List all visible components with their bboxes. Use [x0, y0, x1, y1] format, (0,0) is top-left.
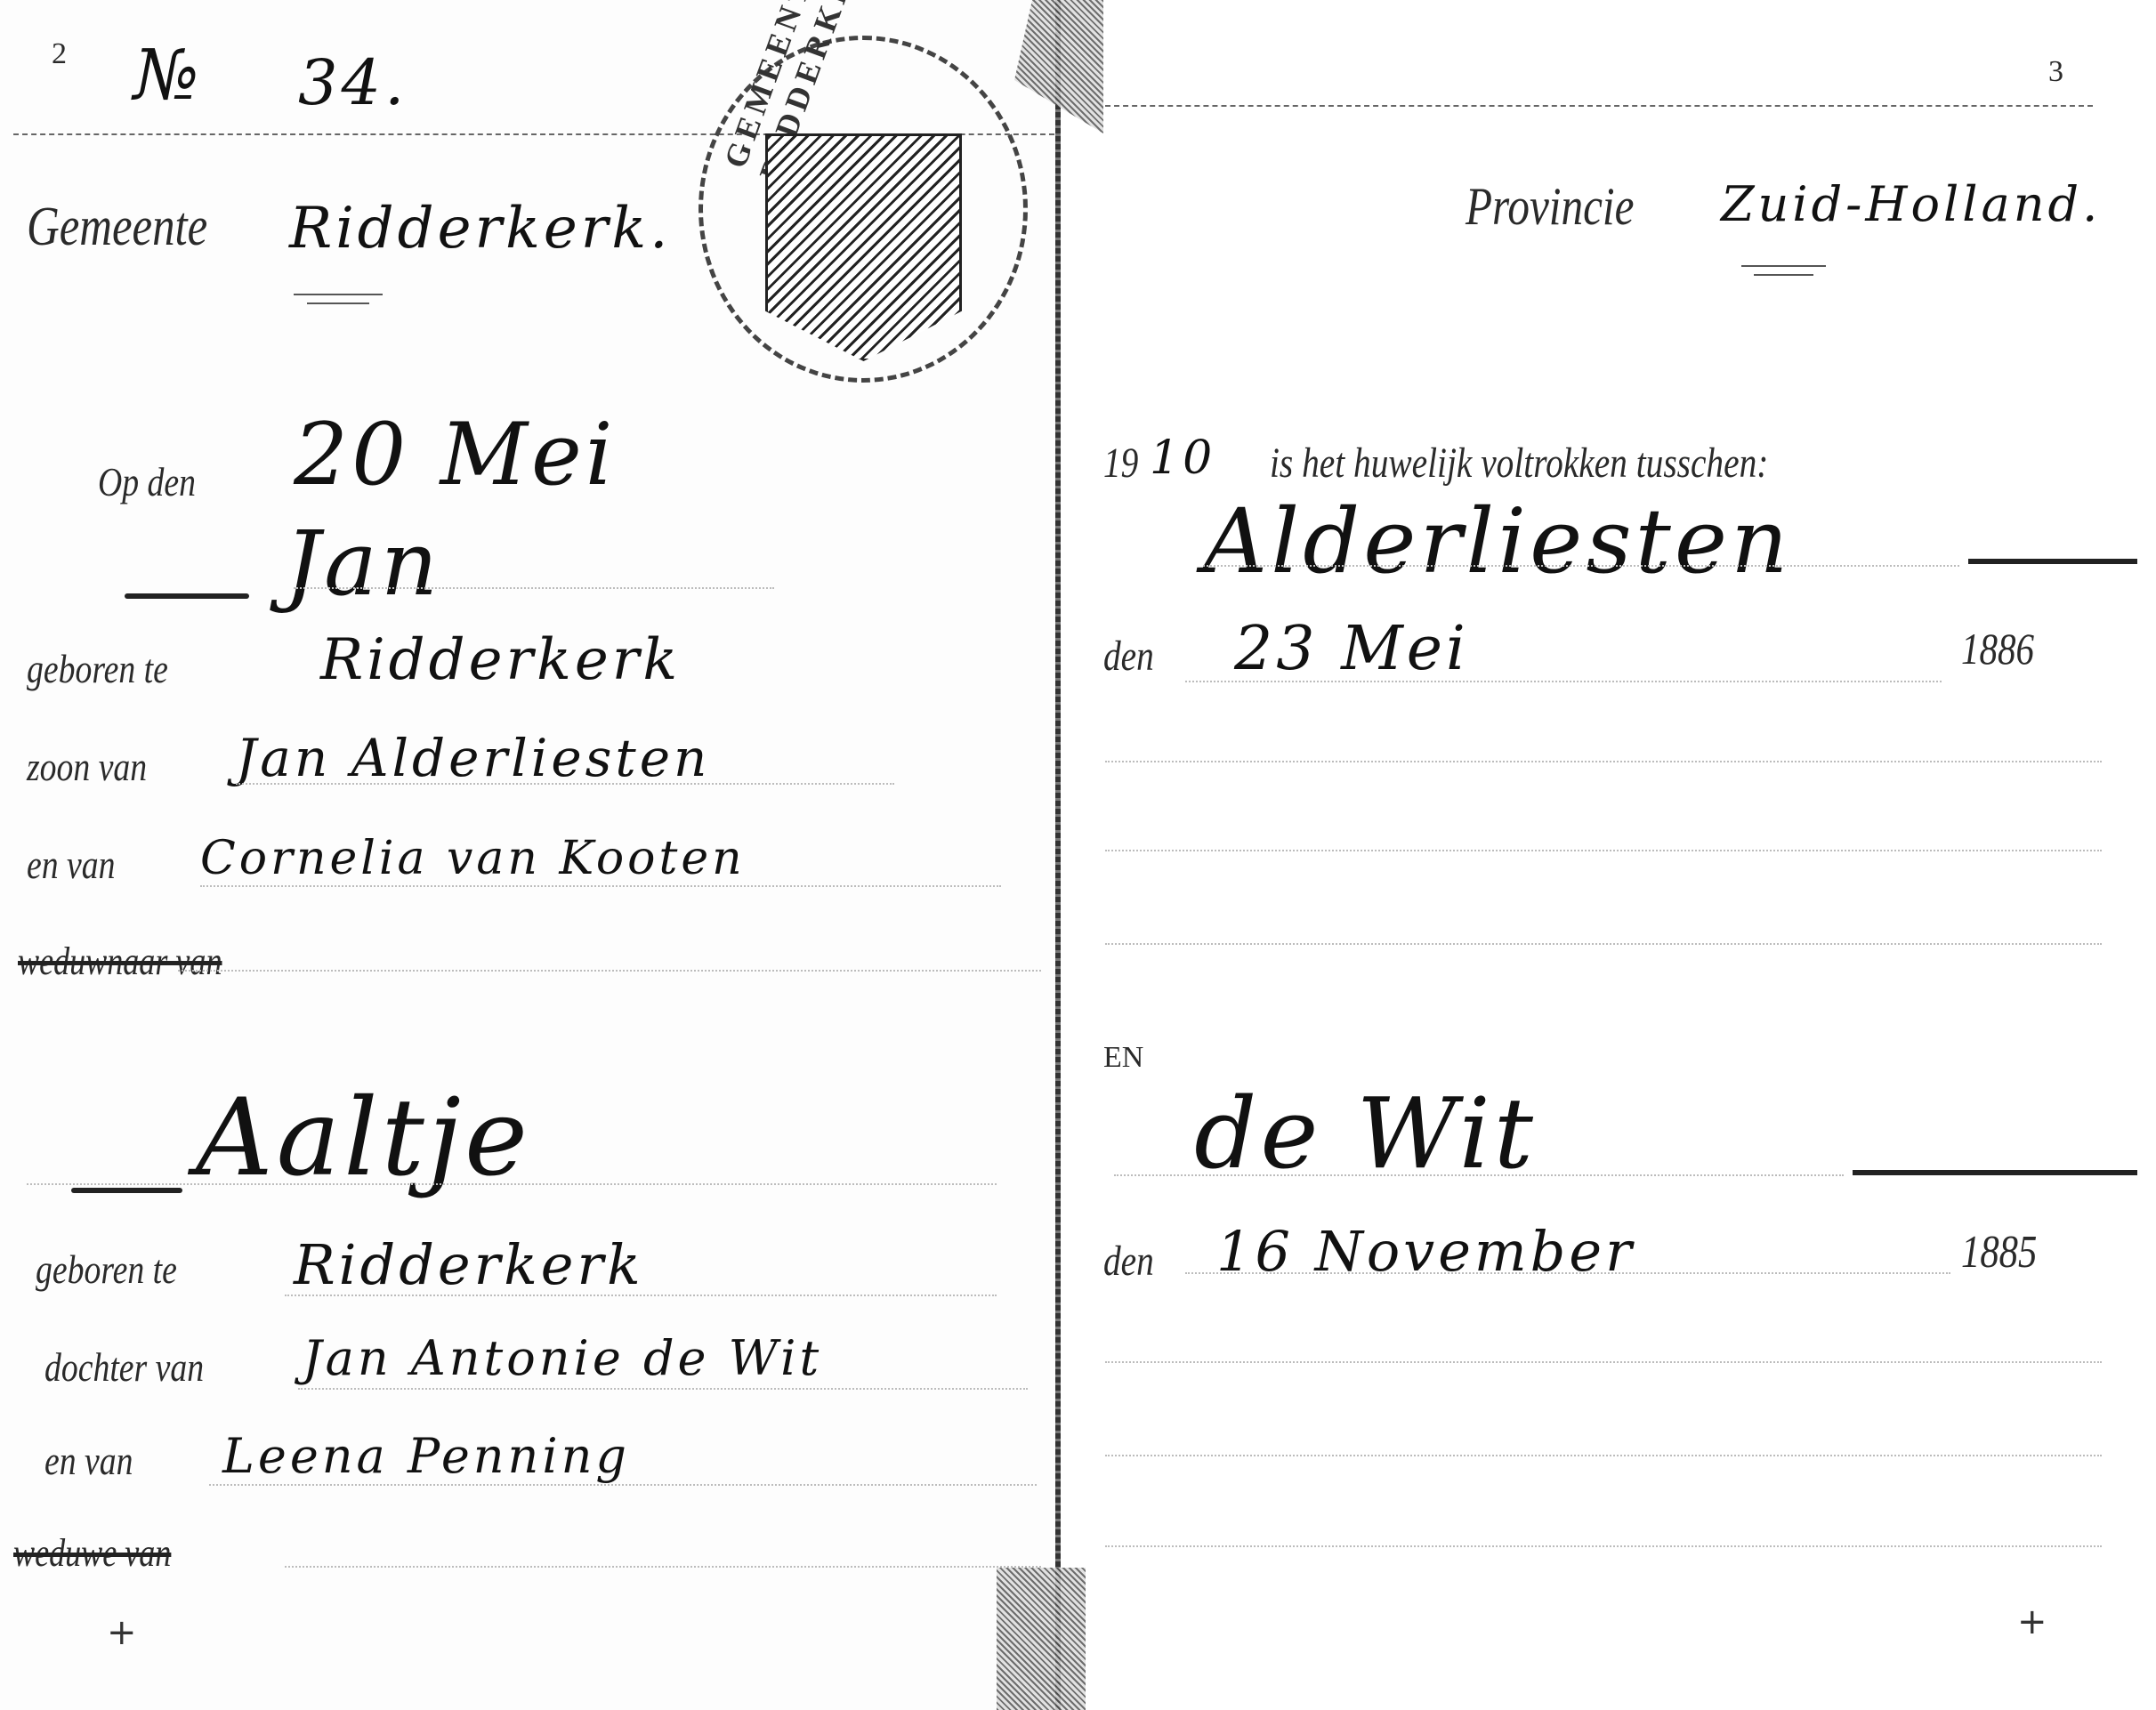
bride-birthplace-label: geboren te — [36, 1246, 177, 1293]
bride-birth-line — [1185, 1272, 1950, 1274]
bride-mother-label: en van — [44, 1437, 133, 1484]
groom-mother-line — [200, 885, 1001, 887]
groom-widower-line — [178, 970, 1041, 972]
blank-line-2 — [1105, 850, 2102, 851]
marriage-year-suffix: 10 — [1150, 432, 1215, 485]
left-page: 2 № 34. Gemeente Ridderkerk. GEMEENTE RI… — [0, 0, 1061, 1710]
bride-name-dash — [71, 1188, 182, 1193]
blank-line-3 — [1105, 943, 2102, 945]
bride-birth-year: 1885 — [1961, 1226, 2037, 1278]
header-rule-right — [1105, 105, 2093, 107]
conjunction: EN — [1103, 1041, 1143, 1075]
groom-surname: Alderliesten — [1203, 489, 1791, 593]
bride-first-name: Aaltje — [196, 1077, 531, 1200]
bride-widow-label: weduwe van — [13, 1530, 171, 1576]
blank-line-4 — [1105, 1361, 2102, 1363]
groom-mother: Cornelia van Kooten — [200, 832, 746, 885]
bride-surname-dash — [1853, 1170, 2137, 1175]
page-number-left: 2 — [52, 37, 67, 71]
record-number: 34. — [298, 46, 408, 119]
registration-mark-right: + — [2017, 1601, 2047, 1642]
groom-father: Jan Alderliesten — [236, 728, 710, 788]
bride-father-line — [298, 1388, 1028, 1390]
right-page: 3 Provincie Zuid-Holland. 19 10 is het h… — [1061, 0, 2156, 1710]
record-number-label: № — [133, 36, 203, 116]
year-prefix: 19 — [1103, 439, 1138, 488]
marriage-date: 20 Mei — [294, 405, 616, 504]
province-label: Provincie — [1466, 176, 1634, 238]
groom-name-dash — [125, 593, 249, 599]
page-number-right: 3 — [2048, 55, 2063, 89]
municipality-value: Ridderkerk. — [289, 196, 671, 262]
groom-birth-date-label: den — [1103, 632, 1154, 681]
groom-birthplace: Ridderkerk — [320, 627, 681, 693]
bride-birthplace-line — [285, 1295, 997, 1296]
bride-surname: de Wit — [1194, 1077, 1537, 1190]
bride-surname-line — [1114, 1174, 1844, 1176]
groom-surname-line — [1203, 565, 1959, 567]
groom-surname-dash — [1968, 559, 2137, 564]
bride-father: Jan Antonie de Wit — [303, 1330, 822, 1386]
groom-mother-label: en van — [27, 841, 116, 888]
blank-line-1 — [1105, 761, 2102, 762]
bride-mother-line — [209, 1484, 1037, 1486]
marriage-statement: is het huwelijk voltrokken tusschen: — [1270, 439, 1768, 488]
groom-father-line — [236, 783, 894, 785]
bride-widow-line — [285, 1566, 1041, 1568]
bride-mother: Leena Penning — [222, 1428, 630, 1484]
groom-birthplace-label: geboren te — [27, 645, 168, 692]
groom-birth-date: 23 Mei — [1234, 614, 1469, 684]
bride-name-line — [27, 1183, 997, 1185]
groom-birth-line — [1185, 681, 1942, 682]
bride-birth-date-label: den — [1103, 1237, 1154, 1286]
bride-birth-date: 16 November — [1216, 1219, 1635, 1284]
blank-line-6 — [1105, 1545, 2102, 1547]
bride-birthplace: Ridderkerk — [294, 1232, 644, 1297]
bride-father-label: dochter van — [44, 1343, 204, 1391]
groom-birth-year: 1886 — [1961, 623, 2034, 674]
groom-first-name: Jan — [285, 512, 441, 616]
groom-widower-label: weduwnaar van — [18, 939, 222, 984]
blank-line-5 — [1105, 1455, 2102, 1456]
groom-father-label: zoon van — [27, 743, 147, 790]
municipality-label: Gemeente — [27, 196, 207, 259]
registration-mark-left: + — [107, 1612, 137, 1653]
province-value: Zuid-Holland. — [1721, 176, 2101, 232]
groom-name-line — [294, 587, 774, 589]
date-label: Op den — [98, 458, 196, 505]
